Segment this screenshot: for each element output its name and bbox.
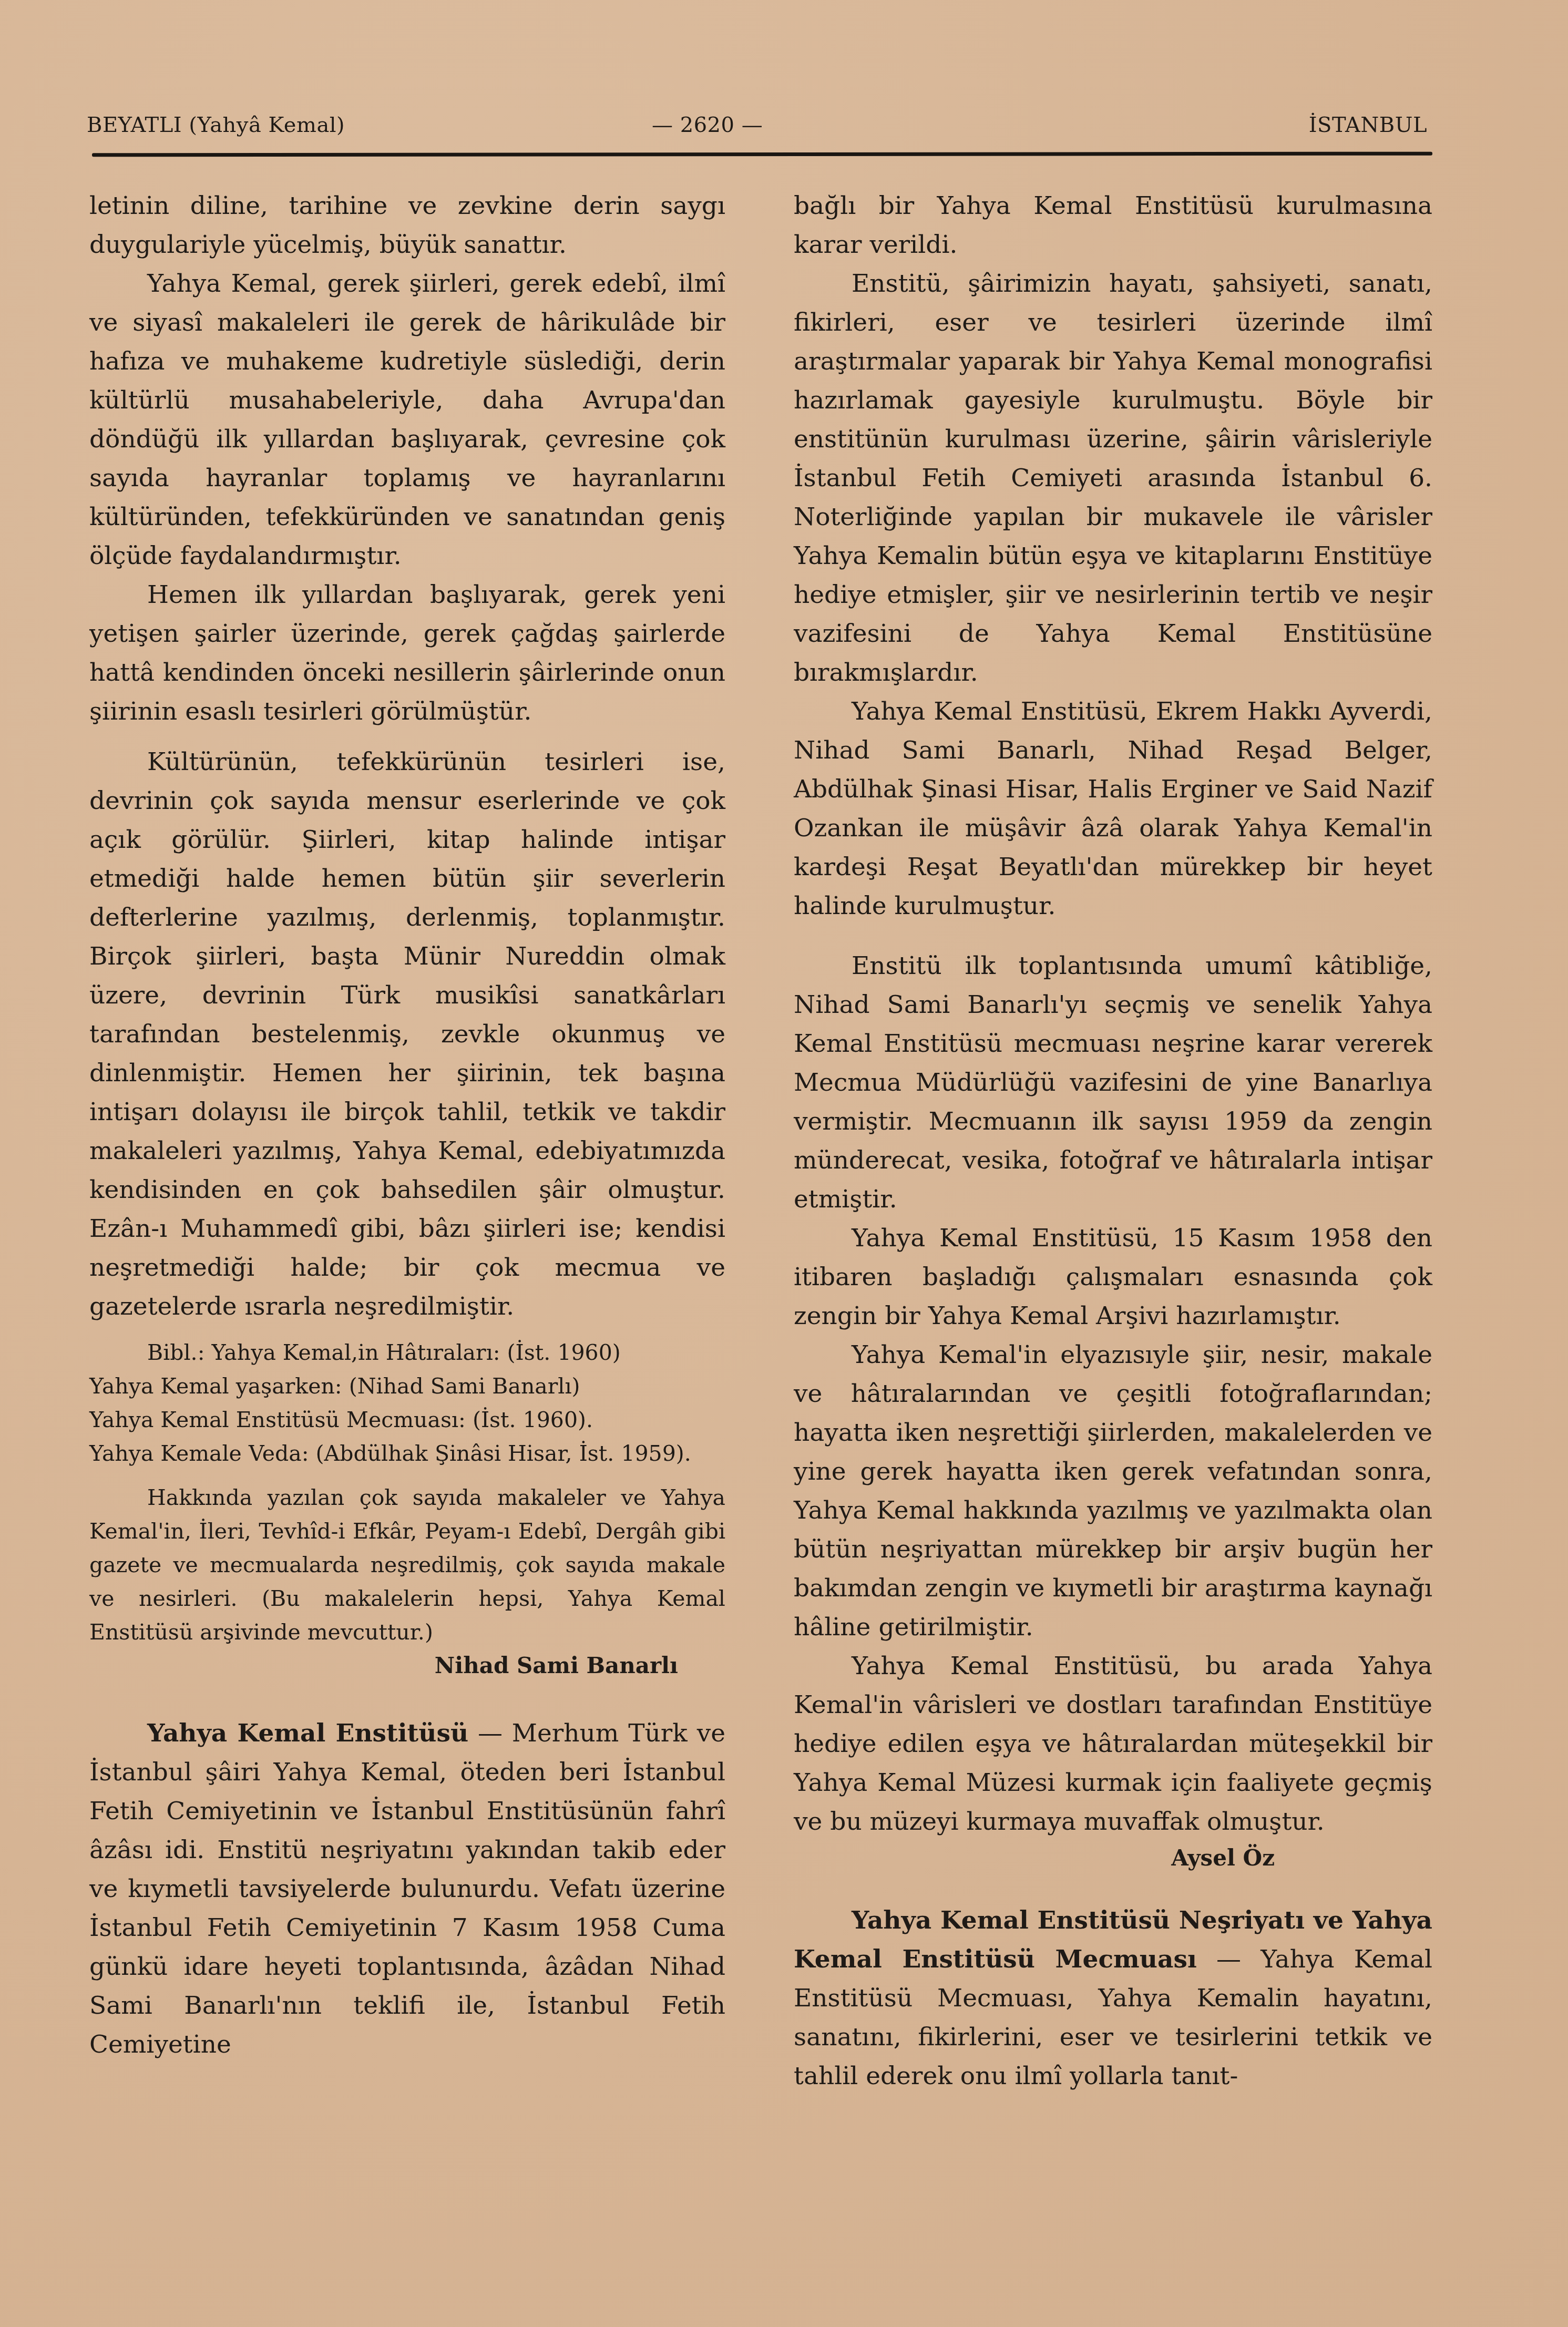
running-header: BEYATLI (Yahyâ Kemal) — 2620 — İSTANBUL — [87, 113, 1427, 145]
entry-title: Yahya Kemal Enstitüsü — [147, 1719, 468, 1748]
right-column: bağlı bir Yahya Kemal Enstitüsü kurulmas… — [794, 187, 1432, 2096]
paragraph: Yahya Kemal Enstitüsü, Ekrem Hakkı Ayver… — [794, 692, 1432, 926]
paragraph: Yahya Kemal, gerek şiirleri, gerek edebî… — [89, 264, 725, 576]
paragraph: Yahya Kemal Enstitüsü, bu arada Yahya Ke… — [794, 1647, 1432, 1841]
paragraph: Hemen ilk yıllardan başlıyarak, gerek ye… — [89, 576, 725, 731]
paragraph: Kültürünün, tefekkürünün tesirleri ise, … — [89, 743, 725, 1326]
header-section: İSTANBUL — [1309, 113, 1427, 137]
bibliography-item: Yahya Kemale Veda: (Abdülhak Şinâsi Hisa… — [89, 1437, 725, 1470]
paragraph: bağlı bir Yahya Kemal Enstitüsü kurulmas… — [794, 187, 1432, 264]
page-number: — 2620 — — [652, 113, 763, 137]
bibliography-item: Bibl.: Yahya Kemal,in Hâtıraları: (İst. … — [89, 1336, 725, 1369]
author-signature: Nihad Sami Banarlı — [89, 1649, 725, 1683]
bibliography: Bibl.: Yahya Kemal,in Hâtıraları: (İst. … — [89, 1336, 725, 1470]
entry-paragraph: Yahya Kemal Enstitüsü Neşriyatı ve Yahya… — [794, 1901, 1432, 2096]
entry-paragraph: Yahya Kemal Enstitüsü — Merhum Türk ve İ… — [89, 1714, 725, 2064]
header-rule — [92, 152, 1432, 157]
entry-dash: — — [1197, 1945, 1260, 1974]
left-column: letinin diline, tarihine ve zevkine deri… — [89, 187, 725, 2064]
note-paragraph: Hakkında yazılan çok sayıda makaleler ve… — [89, 1481, 725, 1649]
author-signature: Aysel Öz — [794, 1841, 1432, 1875]
entry-dash: — — [468, 1719, 512, 1748]
paragraph: Enstitü, şâirimizin hayatı, şahsiyeti, s… — [794, 264, 1432, 692]
bibliography-item: Yahya Kemal yaşarken: (Nihad Sami Banarl… — [89, 1369, 725, 1403]
paragraph: Yahya Kemal Enstitüsü, 15 Kasım 1958 den… — [794, 1219, 1432, 1336]
paragraph: Enstitü ilk toplantısında umumî kâtibliğ… — [794, 947, 1432, 1219]
entry-text: Merhum Türk ve İstanbul şâiri Yahya Kema… — [89, 1719, 725, 2059]
paragraph: letinin diline, tarihine ve zevkine deri… — [89, 187, 725, 264]
paragraph: Yahya Kemal'in elyazısıyle şiir, nesir, … — [794, 1336, 1432, 1647]
bibliography-item: Yahya Kemal Enstitüsü Mecmuası: (İst. 19… — [89, 1403, 725, 1437]
header-entry-title: BEYATLI (Yahyâ Kemal) — [87, 113, 345, 137]
